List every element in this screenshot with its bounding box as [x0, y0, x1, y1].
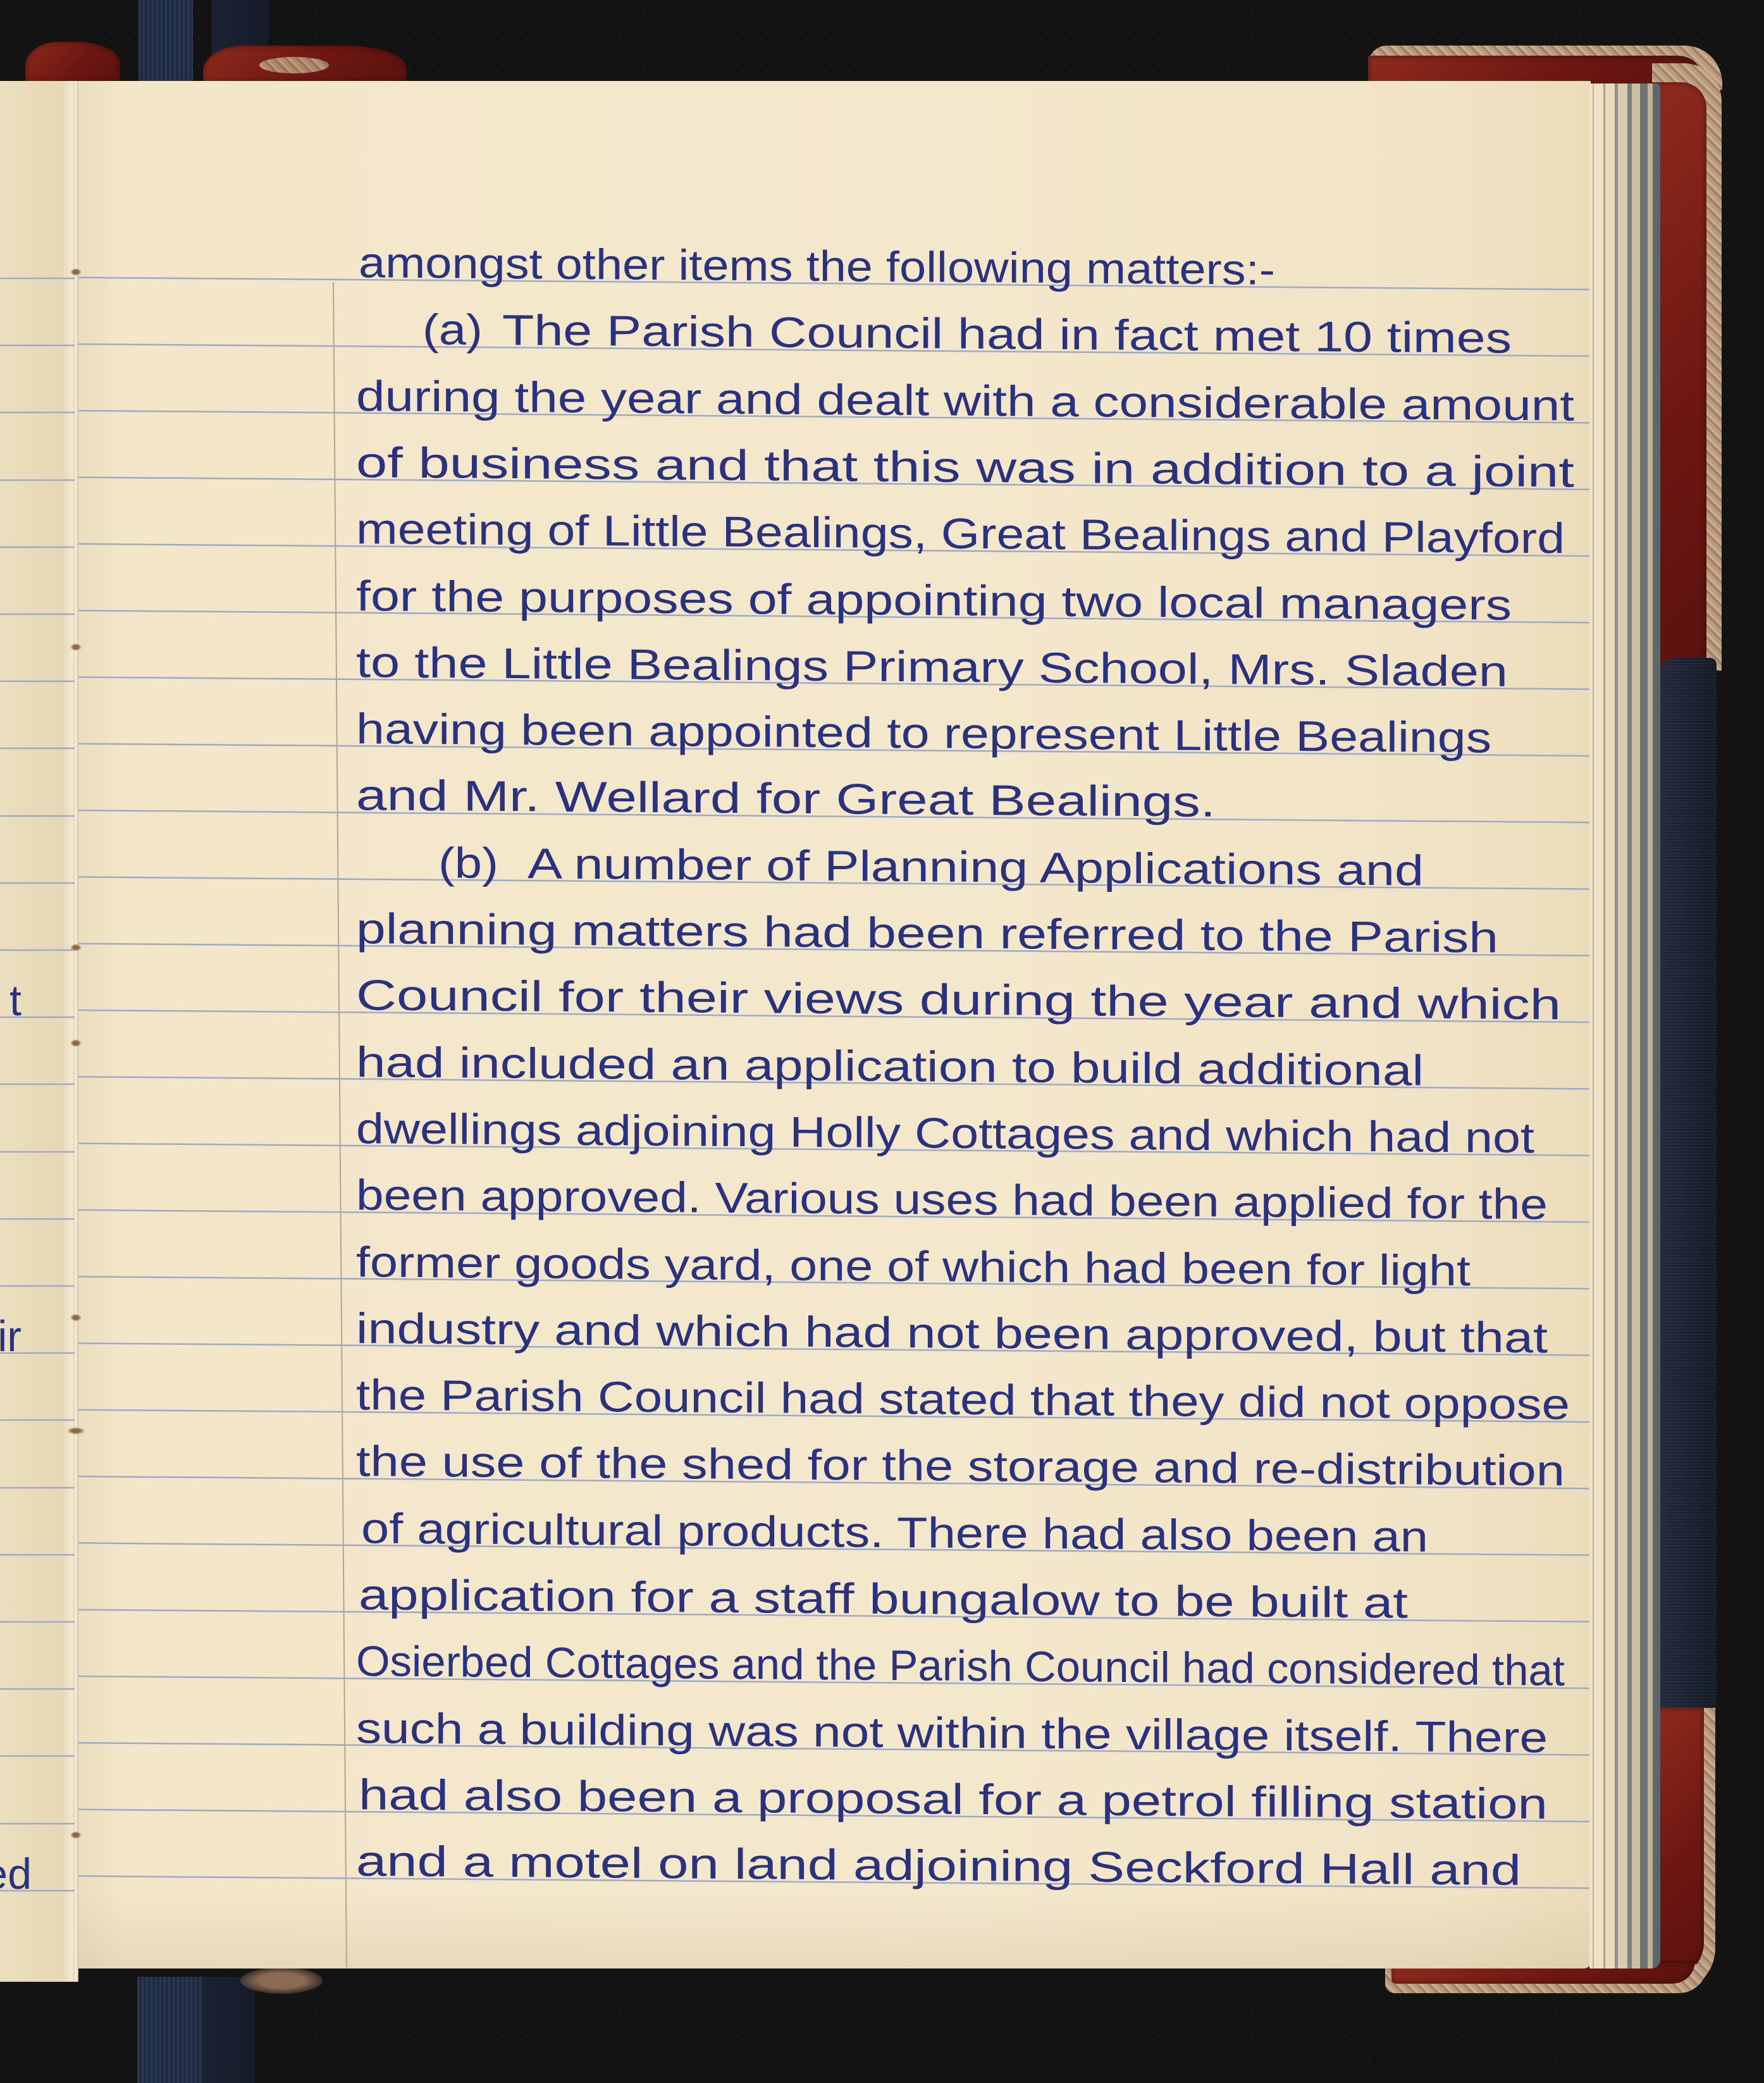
left-page-rules	[0, 278, 75, 1891]
paragraph-a-line: of business and that this was in additio…	[356, 438, 1574, 496]
paragraph-a-line: meeting of Little Bealings, Great Bealin…	[356, 505, 1565, 562]
margin-line	[333, 282, 347, 1967]
paragraph-b-line: such a building was not within the villa…	[356, 1704, 1548, 1762]
paragraph-a-line: to the Little Bealings Primary School, M…	[356, 638, 1508, 696]
paragraph-a-line: during the year and dealt with a conside…	[356, 372, 1574, 430]
paragraph-b-line: industry and which had not been approved…	[356, 1304, 1548, 1362]
paragraph-b-line: the Parish Council had stated that they …	[356, 1371, 1570, 1428]
left-page-fragment: ed	[0, 1850, 32, 1898]
paragraph-b-line: planning matters had been referred to th…	[356, 905, 1498, 961]
handwritten-minutes: amongst other items the following matter…	[356, 238, 1574, 1894]
left-page-fragment: t	[9, 977, 22, 1025]
paragraph-b-line: former goods yard, one of which had been…	[356, 1238, 1471, 1295]
paragraph-b-line: of agricultural products. There had also…	[361, 1504, 1428, 1561]
paragraph-b-label: (b)	[438, 839, 498, 887]
left-page-writing: t ir ed	[0, 977, 32, 1898]
paragraph-b-line: had included an application to build add…	[356, 1038, 1424, 1095]
page-writing-layer: t ir ed	[0, 0, 1764, 2083]
paragraph-a-line: for the purposes of appointing two local…	[356, 572, 1512, 629]
paragraph-a-line: The Parish Council had in fact met 10 ti…	[502, 306, 1512, 362]
paragraph-b-line: been approved. Various uses had been app…	[356, 1171, 1548, 1228]
paragraph-b-line: the use of the shed for the storage and …	[356, 1437, 1565, 1495]
intro-line: amongst other items the following matter…	[359, 238, 1275, 294]
paragraph-b-line: Osierbed Cottages and the Parish Council…	[356, 1637, 1565, 1695]
paragraph-a-line: having been appointed to represent Littl…	[356, 705, 1491, 762]
paragraph-a-line: and Mr. Wellard for Great Bealings.	[356, 771, 1216, 826]
paragraph-b-line: dwellings adjoining Holly Cottages and w…	[356, 1104, 1534, 1162]
left-page-fragment: ir	[0, 1313, 22, 1361]
paragraph-b-line: had also been a proposal for a petrol fi…	[359, 1771, 1548, 1828]
paragraph-b-line: A number of Planning Applications and	[527, 839, 1424, 894]
right-page-content: amongst other items the following matter…	[78, 237, 1589, 1895]
paragraph-b-line: Council for their views during the year …	[356, 971, 1561, 1029]
paragraph-b-line: and a motel on land adjoining Seckford H…	[356, 1837, 1521, 1894]
paragraph-a-label: (a)	[422, 306, 483, 354]
paragraph-b-line: application for a staff bungalow to be b…	[359, 1571, 1408, 1627]
